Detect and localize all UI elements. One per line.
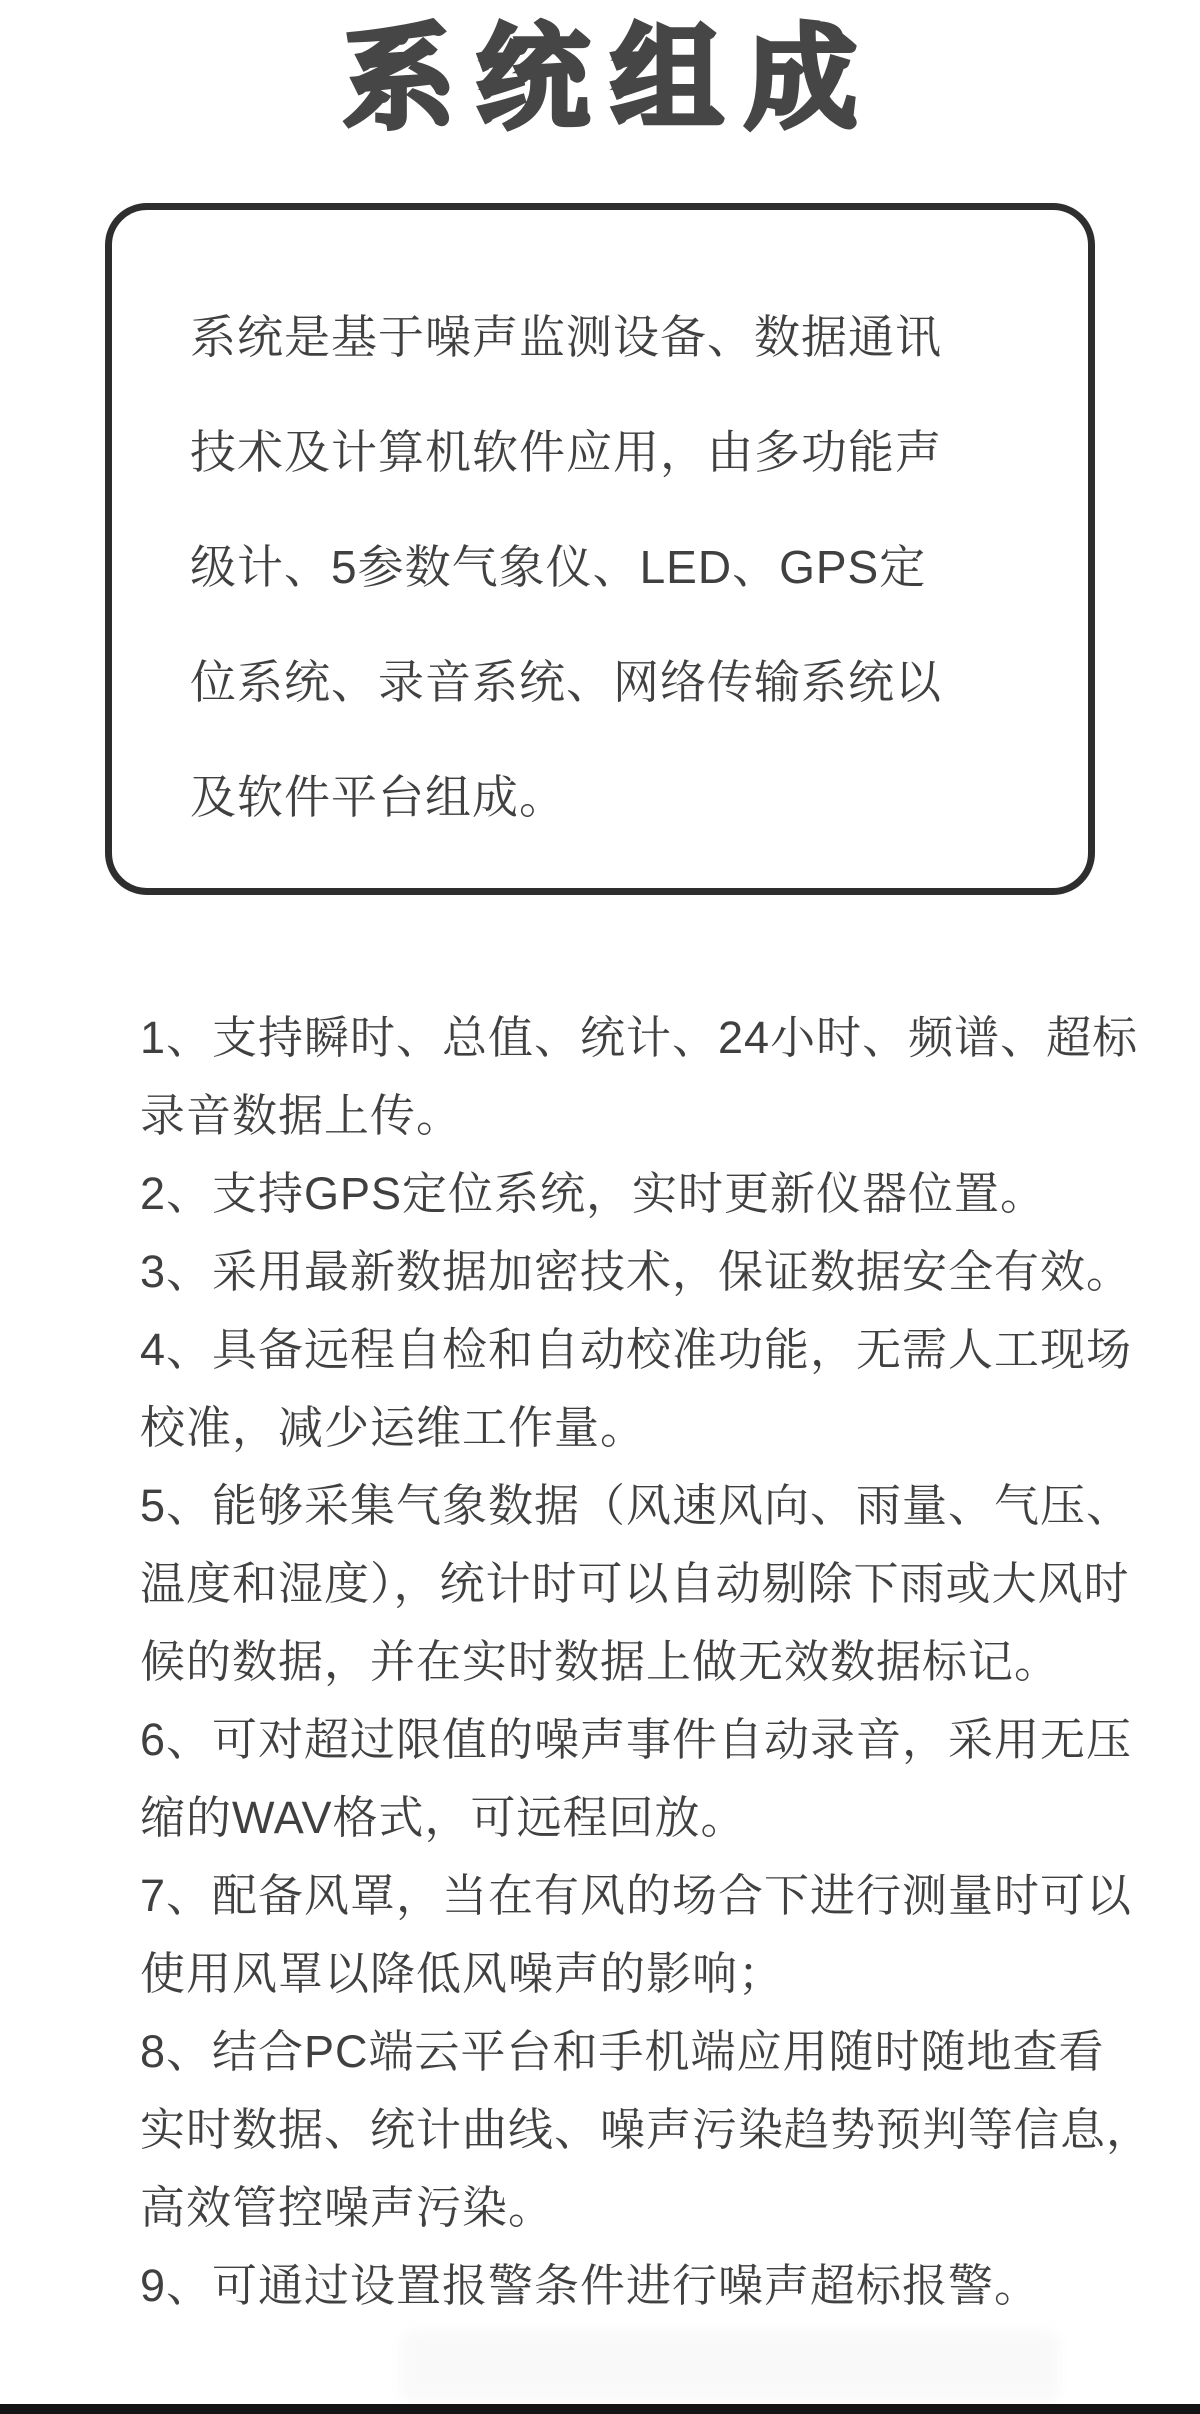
page-title: 系统组成 (0, 0, 1200, 143)
feature-item-4: 4、具备远程自检和自动校准功能，无需人工现场 校准，减少运维工作量。 (140, 1311, 1160, 1467)
footer-bar (0, 2404, 1200, 2414)
feature-item-8: 8、结合PC端云平台和手机端应用随时随地查看 实时数据、统计曲线、噪声污染趋势预… (140, 2013, 1160, 2247)
feature-item-6: 6、可对超过限值的噪声事件自动录音，采用无压 缩的WAV格式，可远程回放。 (140, 1701, 1160, 1857)
feature-item-1: 1、支持瞬时、总值、统计、24小时、频谱、超标 录音数据上传。 (140, 999, 1160, 1155)
feature-item-9: 9、可通过设置报警条件进行噪声超标报警。 (140, 2247, 1160, 2325)
feature-item-3: 3、采用最新数据加密技术，保证数据安全有效。 (140, 1233, 1160, 1311)
feature-list: 1、支持瞬时、总值、统计、24小时、频谱、超标 录音数据上传。 2、支持GPS定… (140, 999, 1160, 2325)
feature-item-2: 2、支持GPS定位系统，实时更新仪器位置。 (140, 1155, 1160, 1233)
intro-text: 系统是基于噪声监测设备、数据通讯 技术及计算机软件应用，由多功能声 级计、5参数… (190, 280, 1038, 855)
intro-box: 系统是基于噪声监测设备、数据通讯 技术及计算机软件应用，由多功能声 级计、5参数… (105, 203, 1095, 895)
feature-item-7: 7、配备风罩，当在有风的场合下进行测量时可以 使用风罩以降低风噪声的影响； (140, 1857, 1160, 2013)
faint-watermark (400, 2330, 1060, 2402)
feature-item-5: 5、能够采集气象数据（风速风向、雨量、气压、 温度和湿度），统计时可以自动剔除下… (140, 1467, 1160, 1701)
